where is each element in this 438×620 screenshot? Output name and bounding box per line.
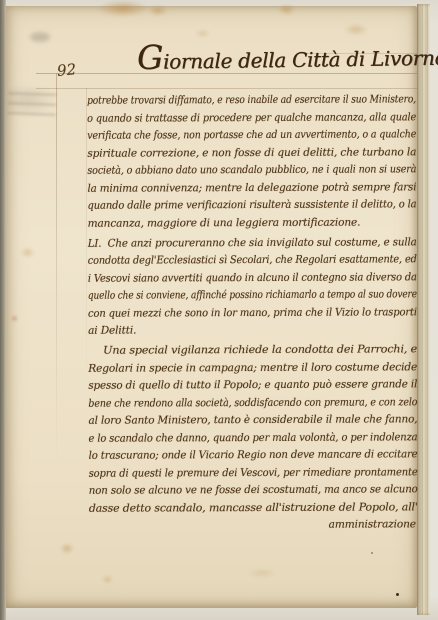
manuscript-line: quando dalle prime verificazioni risulte…	[87, 196, 416, 215]
manuscript-line: dasse detto scandalo, mancasse all'istru…	[89, 499, 418, 518]
manuscript-line: ai Delitti.	[88, 321, 417, 340]
manuscript-line: e lo scandalo che danno, quando per mala…	[89, 429, 418, 448]
ink-speck	[396, 593, 399, 596]
book-spine-shadow	[0, 0, 6, 620]
foxing-stain	[102, 575, 113, 584]
foxing-stain	[11, 315, 18, 322]
book-page-edges	[417, 4, 430, 615]
manuscript-line: bene che rendono alla società, soddisfac…	[88, 394, 417, 413]
manuscript-line-section-li: LI. Che anzi procureranno che sia invigi…	[88, 234, 417, 253]
manuscript-line: i Vescovi siano avvertiti quando in alcu…	[88, 269, 417, 288]
ruled-line-header-upper	[36, 73, 417, 74]
manuscript-line: sopra di questi le premure dei Vescovi, …	[89, 464, 418, 483]
foxing-stain	[248, 568, 276, 578]
manuscript-line: spirituale correzione, e non fosse di qu…	[87, 144, 416, 163]
foxing-stain	[344, 23, 368, 36]
manuscript-line: verificata che fosse, non portasse che a…	[87, 126, 416, 145]
manuscript-line: non solo se alcuno ve ne fosse dei scost…	[89, 481, 418, 500]
manuscript-line: con quei mezzi che sono in lor mano, pri…	[88, 304, 417, 323]
page-header-title: Giornale della Città di Livorno	[137, 44, 422, 74]
foxing-stain	[60, 543, 74, 554]
foxing-stain	[148, 5, 168, 16]
manuscript-line: spesso di quello di tutto il Popolo; e q…	[88, 376, 417, 395]
manuscript-line: Una special vigilanza richiede la condot…	[88, 341, 417, 360]
text-block: potrebbe trovarsi diffamato, e reso inab…	[87, 91, 418, 535]
ruled-line-header-lower	[36, 88, 417, 89]
ink-speck	[371, 552, 373, 554]
foxing-stain	[20, 247, 35, 258]
foxing-stain	[98, 0, 148, 17]
manuscript-line: al loro Santo Ministero, tanto è conside…	[88, 411, 417, 430]
manuscript-line: società, o abbiano dato uno scandalo pub…	[87, 161, 416, 180]
margin-rule-outer	[56, 73, 57, 463]
scanned-manuscript-photo: 92 Giornale della Città di Livorno potre…	[0, 0, 438, 620]
manuscript-line: o quando si trattasse di procedere per q…	[87, 109, 416, 128]
marginalia-bleedthrough	[7, 86, 56, 120]
manuscript-line: lo trascurano; onde il Vicario Regio non…	[89, 446, 418, 465]
manuscript-line: la minima connivenza; mentre la delegazi…	[87, 179, 416, 198]
manuscript-line: quello che si conviene, affinché possino…	[88, 286, 417, 305]
manuscript-line: potrebbe trovarsi diffamato, e reso inab…	[87, 91, 416, 110]
manuscript-line: mancanza, maggiore di una leggiera morti…	[88, 214, 417, 233]
manuscript-line: Regolari in specie in campagna; mentre i…	[88, 359, 417, 378]
ink-smudge	[30, 32, 50, 42]
foxing-stain	[278, 4, 295, 15]
page-number: 92	[56, 60, 77, 80]
catchword: amministrazione	[89, 516, 418, 535]
manuscript-line: condotta degl'Ecclesiastici sì Secolari,…	[88, 251, 417, 270]
foxing-stain	[195, 29, 210, 38]
